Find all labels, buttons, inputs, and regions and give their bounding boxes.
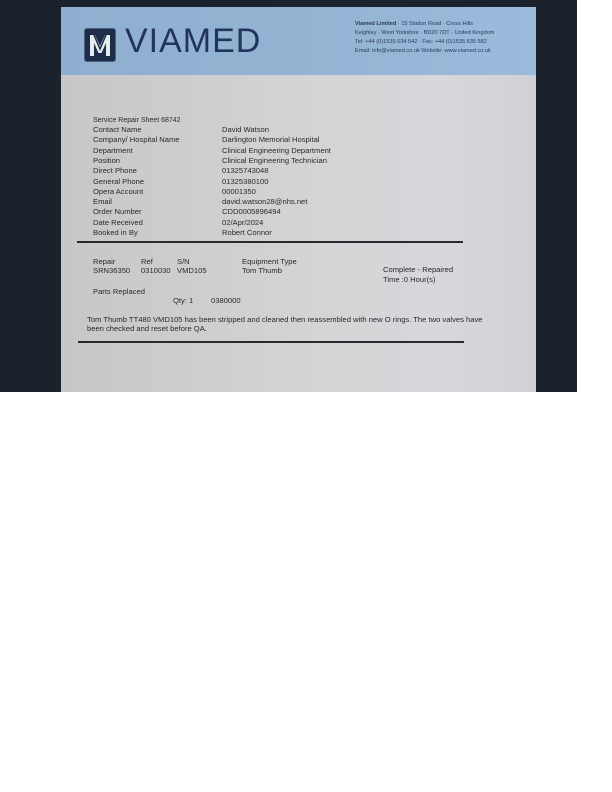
field-label: Position [93,156,120,166]
field-value: CDD0005896494 [222,207,281,217]
field-label: Booked in By [93,228,138,238]
logo-text: VIAMED [125,21,261,61]
divider [77,241,463,243]
field-label: Contact Name [93,125,142,135]
field-value: 01325743048 [222,166,268,176]
divider [78,341,464,343]
field-value: 02/Apr/2024 [222,218,263,228]
field-label: Direct Phone [93,166,137,176]
field-value: 00001350 [222,187,256,197]
field-label: Company/ Hospital Name [93,135,180,145]
repair-sheet: VIAMED Viamed Limited · 15 Station Road … [61,7,536,392]
serial-number: VMD105 [177,266,207,276]
field-value: 01325380100 [222,177,268,187]
field-value: Robert Connor [222,228,272,238]
field-value: david.watson28@nhs.net [222,197,307,207]
field-value: David Watson [222,125,269,135]
part-code: 0380000 [211,296,241,306]
field-label: Email [93,197,112,207]
company-address: Viamed Limited · 15 Station Road · Cross… [355,20,494,56]
repair-status: Complete - Repaired [383,265,453,275]
field-label: Opera Account [93,187,143,197]
viamed-logo-icon [85,29,115,61]
field-value: Darlington Memorial Hospital [222,135,320,145]
field-label: Date Received [93,218,143,228]
equipment-type: Tom Thumb [242,266,282,276]
field-label: Department [93,146,133,156]
document-photo: VIAMED Viamed Limited · 15 Station Road … [0,0,577,392]
part-qty: Qty: 1 [173,296,193,306]
field-value: Clinical Engineering Technician [222,156,327,166]
ref-number: 0310030 [141,266,171,276]
field-value: Clinical Engineering Department [222,146,331,156]
parts-replaced-label: Parts Replaced [93,287,145,297]
letterhead: VIAMED Viamed Limited · 15 Station Road … [61,7,536,75]
repair-number: SRN36350 [93,266,130,276]
field-label: Order Number [93,207,142,217]
repair-time: Time :0 Hour(s) [383,275,435,285]
field-label: General Phone [93,177,144,187]
repair-notes-line2: been checked and reset before QA. [87,324,207,334]
blank-area [0,392,612,792]
